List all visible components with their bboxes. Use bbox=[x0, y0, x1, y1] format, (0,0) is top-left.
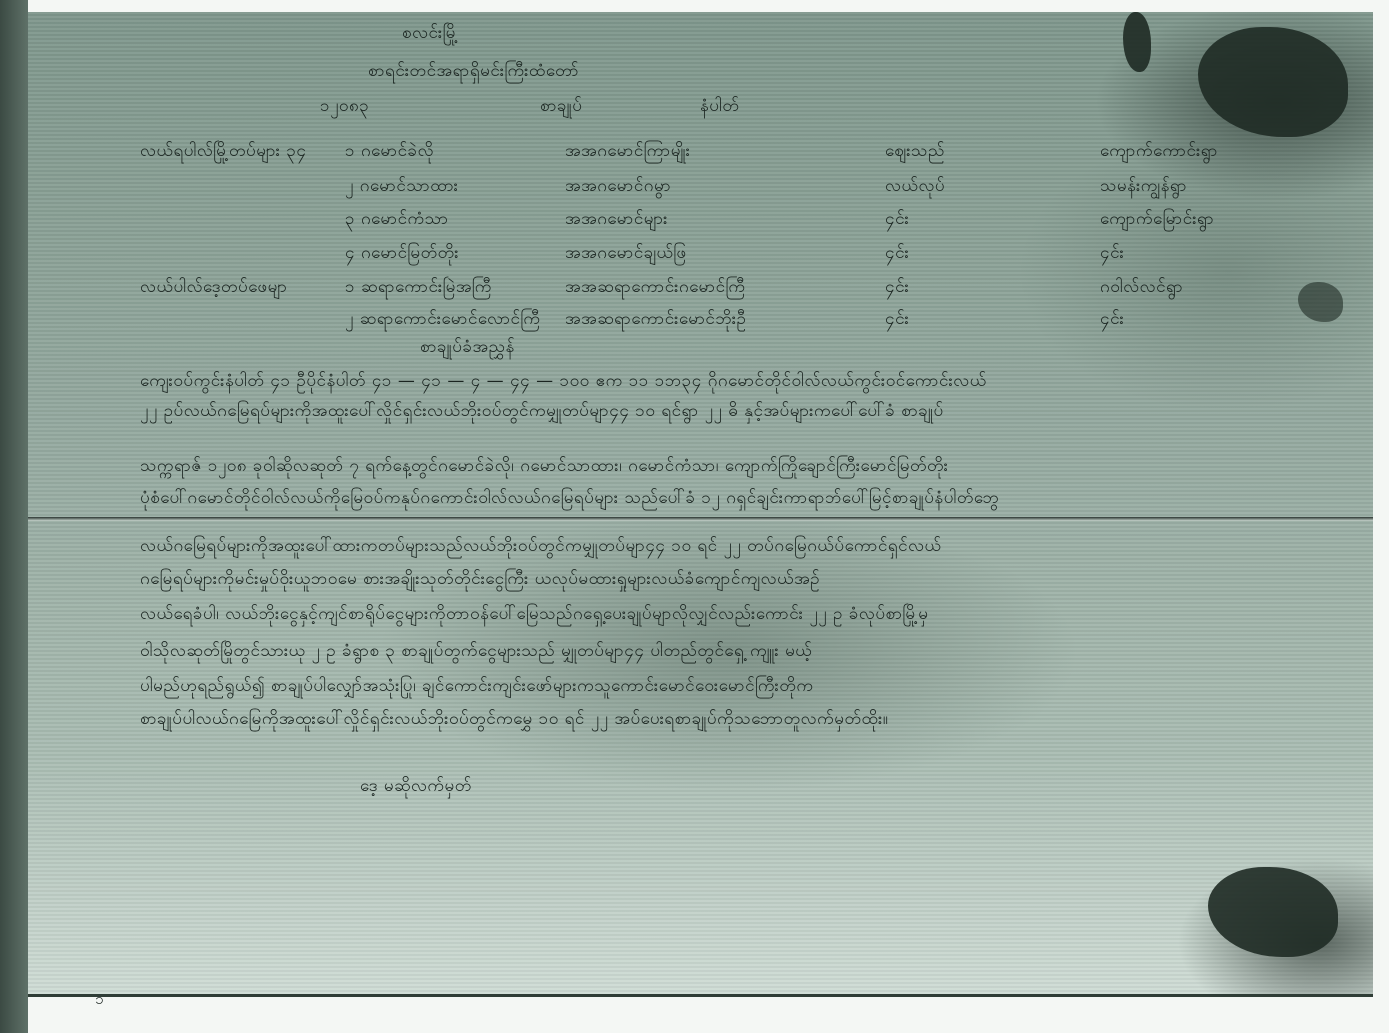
board-seam bbox=[28, 517, 1373, 521]
body-line: လယ်ဂမြေရပ်များကိုအထူးပေါ်ထားကတပ်များသည်လ… bbox=[140, 535, 942, 560]
body-line: ဂမြေရပ်များကိုမင်းမှုပ်ဝိုးယူဘဝမေ စားအချ… bbox=[140, 568, 820, 593]
header-city: စလင်းမြို့ bbox=[402, 22, 458, 47]
col-header-year: ၁၂၀၈၃ bbox=[320, 95, 369, 120]
table-row-name: ၄ ဂမောင်မြတ်တိုး bbox=[345, 242, 459, 267]
table-row-note: ကျောက်ကောင်းရွာ bbox=[1100, 140, 1218, 165]
ink-stain-right-mid bbox=[1298, 282, 1343, 322]
table-row-note: သမန်းကျွန်ရွာ bbox=[1100, 175, 1187, 200]
table-row-relation: ၄င်း bbox=[885, 242, 909, 267]
table-row-father: အအဆရာကောင်းမောင်ဘိုးဦ bbox=[565, 308, 746, 333]
col-header-number: နံပါတ် bbox=[700, 95, 739, 120]
ink-stain-top-right-small bbox=[1123, 12, 1151, 72]
table-row-relation: လယ်လုပ် bbox=[885, 175, 945, 200]
signature: ဒေ့ မဆိုလက်မှတ် bbox=[360, 775, 472, 800]
body-line: သက္ကရာဇ် ၁၂၀၈ ခုဝါဆိုလဆုတ် ၇ ရက်နေ့တွင်ဂ… bbox=[140, 455, 948, 480]
table-row-name: ၂ ဂမောင်သာထား bbox=[345, 175, 459, 200]
table-footer: စာချုပ်ခံအညွှန် bbox=[420, 336, 515, 361]
table-row-name: ၁ ဆရာကောင်းမြဲအကြီ bbox=[345, 276, 492, 301]
table-row-father: အအဂမောင်များ bbox=[565, 208, 668, 233]
table-row-note: ကျောက်မြောင်းရွာ bbox=[1100, 208, 1214, 233]
board-left-edge bbox=[0, 0, 28, 1033]
margin-mark: ၁ bbox=[95, 990, 104, 1012]
col-header-contract: စာချုပ် bbox=[540, 95, 582, 120]
table-row-father: အအဆရာကောင်းဂမောင်ကြီ bbox=[565, 276, 746, 301]
ink-stain-top-right bbox=[1198, 27, 1348, 137]
table-row-father: အအဂမောင်ဂမွာ bbox=[565, 175, 671, 200]
body-line: ပါမည်ဟုရည်ရွယ်၍ စာချုပ်ပါလျှော်အသုံးပြု၊… bbox=[140, 675, 814, 700]
group-label-1: လယ်ရပါလ်မြို့တပ်များ ၃၄ bbox=[140, 140, 306, 165]
table-row-name: ၃ ဂမောင်ကံသာ bbox=[345, 208, 449, 233]
body-line: ပုံစံပေါ်ဂမောင်တိုင်ဝါလ်လယ်ကိုမြေဝပ်ကနုပ… bbox=[140, 487, 999, 512]
table-row-father: အအဂမောင်ချယ်ဖြ bbox=[565, 242, 687, 267]
body-line: စာချုပ်ပါလယ်ဂမြေကိုအထူးပေါ်လှိုင်ရှင်းလယ… bbox=[140, 708, 888, 733]
table-row-name: ၂ ဆရာကောင်းမောင်လောင်ကြီ bbox=[345, 308, 540, 333]
table-row-relation: ၄င်း bbox=[885, 276, 909, 301]
table-row-note: ၄င်း bbox=[1100, 242, 1124, 267]
table-row-relation: ဈေးသည် bbox=[885, 140, 945, 165]
table-row-note: ၄င်း bbox=[1100, 308, 1124, 333]
table-row-relation: ၄င်း bbox=[885, 308, 909, 333]
body-line: ဝါသိုလဆုတ်မြိုတွင်သားယု ၂ ဥ ခံရွာစ ၃ စာခ… bbox=[140, 640, 812, 665]
table-row-relation: ၄င်း bbox=[885, 208, 909, 233]
table-row-name: ၁ ဂမောင်ခဲလို bbox=[345, 140, 434, 165]
group-label-2: လယ်ပါလ်ဒေ့တပ်ဖေမျာ bbox=[140, 276, 288, 301]
body-line: ၂၂ ဥပ်လယ်ဂမြေရပ်များကိုအထူးပေါ်လှိုင်ရှင… bbox=[140, 400, 944, 425]
table-row-note: ဂဝါလ်လင်ရွာ bbox=[1100, 276, 1183, 301]
ink-stain-bottom-right bbox=[1208, 867, 1338, 957]
header-title: စာရင်းတင်အရာရှိမင်းကြီးထံတော် bbox=[368, 60, 579, 85]
body-line: လယ်ရေခံပါ၊ လယ်ဘိုးငွေနှင့်ကျင်စာရိုပ်ငွေ… bbox=[140, 603, 928, 628]
table-row-father: အအဂမောင်ကြာမျိုး bbox=[565, 140, 690, 165]
body-line: ကျေးဝပ်ကွင်းနံပါတ် ၄၁ ဦပိုင်နံပါတ် ၄၁ — … bbox=[140, 370, 987, 395]
